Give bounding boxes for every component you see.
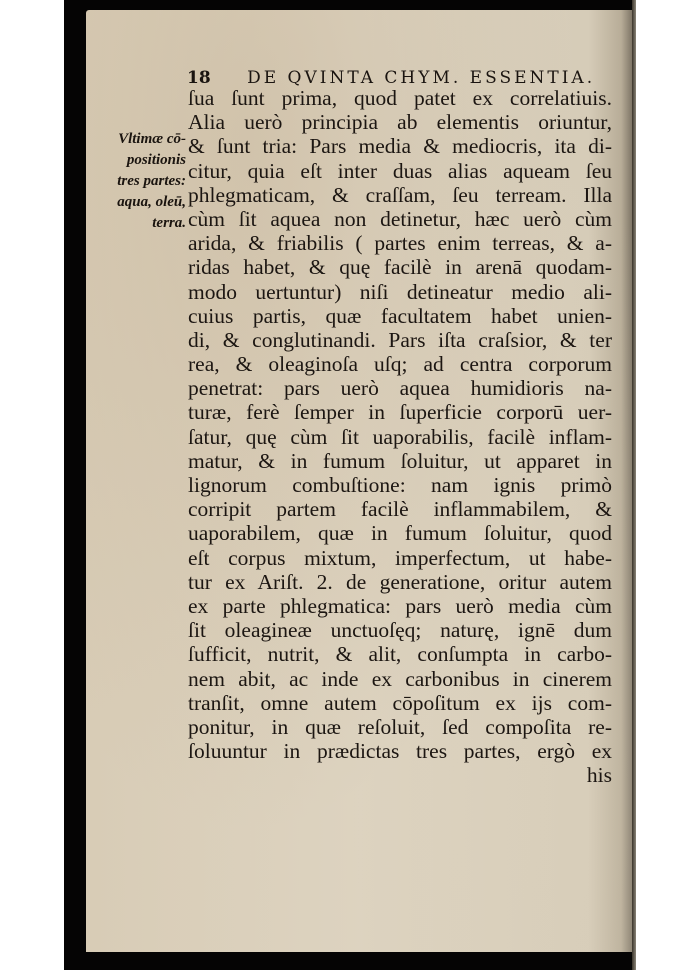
text-line: corripit partem facilè inflammabilem, & (188, 497, 612, 521)
marginal-note-line: tres partes: (94, 171, 186, 192)
text-line: Alia uerò principia ab elementis oriuntu… (188, 110, 612, 134)
marginal-note-line: aqua, oleū, (94, 192, 186, 213)
text-line: uaporabilem, quæ in fumum ſoluitur, quod (188, 521, 612, 545)
running-head: 18 DE QVINTA CHYM. ESSENTIA. (187, 68, 607, 88)
text-line: arida, & friabilis ( partes enim terreas… (188, 231, 612, 255)
text-line: cuius partis, quæ facultatem habet unien… (188, 304, 612, 328)
text-line: & ſunt tria: Pars media & mediocris, ita… (188, 134, 612, 158)
marginal-note-line: positionis (94, 150, 186, 171)
marginal-note-line: terra. (94, 213, 186, 234)
text-line: ſit oleagineæ unctuoſęq; naturę, ignē du… (188, 618, 612, 642)
text-line: ponitur, in quæ reſoluit, ſed compoſita … (188, 715, 612, 739)
marginal-note: Vltimæ cō- positionis tres partes: aqua,… (94, 129, 186, 234)
text-line: ſua ſunt prima, quod patet ex correlatiu… (188, 86, 612, 110)
body-text: ſua ſunt prima, quod patet ex correlatiu… (188, 86, 612, 787)
text-line: ex parte phlegmatica: pars uerò media cù… (188, 594, 612, 618)
text-line: eſt corpus mixtum, imperfectum, ut habe- (188, 546, 612, 570)
text-line: phlegmaticam, & craſſam, ſeu terream. Il… (188, 183, 612, 207)
text-line: tranſit, omne autem cōpoſitum ex ijs com… (188, 691, 612, 715)
running-head-title: DE QVINTA CHYM. ESSENTIA. (247, 68, 595, 88)
text-line: turæ, ferè ſemper in ſuperficie corporū … (188, 400, 612, 424)
text-line: ridas habet, & quę facilè in arenā quoda… (188, 255, 612, 279)
text-line: ſatur, quę cùm ſit uaporabilis, facilè i… (188, 425, 612, 449)
marginal-note-line: Vltimæ cō- (94, 129, 186, 150)
text-line: penetrat: pars uerò aquea humidioris na- (188, 376, 612, 400)
page-number: 18 (187, 68, 211, 88)
text-line: ſufficit, nutrit, & alit, conſumpta in c… (188, 642, 612, 666)
text-line: lignorum combuſtione: nam ignis primò (188, 473, 612, 497)
text-line: nem abit, ac inde ex carbonibus in ciner… (188, 667, 612, 691)
text-line: di, & conglutinandi. Pars iſta craſsior,… (188, 328, 612, 352)
catchword: his (188, 763, 612, 787)
text-line: rea, & oleaginoſa uſq; ad centra corporu… (188, 352, 612, 376)
text-line: ſoluuntur in prædictas tres partes, ergò… (188, 739, 612, 763)
text-line: tur ex Ariſt. 2. de generatione, oritur … (188, 570, 612, 594)
text-line: cùm ſit aquea non detinetur, hæc uerò cù… (188, 207, 612, 231)
text-line: matur, & in fumum ſoluitur, ut apparet i… (188, 449, 612, 473)
page-edge (632, 0, 636, 970)
text-line: modo uertuntur) niſi detineatur medio al… (188, 280, 612, 304)
text-line: citur, quia eſt inter duas alias aqueam … (188, 159, 612, 183)
